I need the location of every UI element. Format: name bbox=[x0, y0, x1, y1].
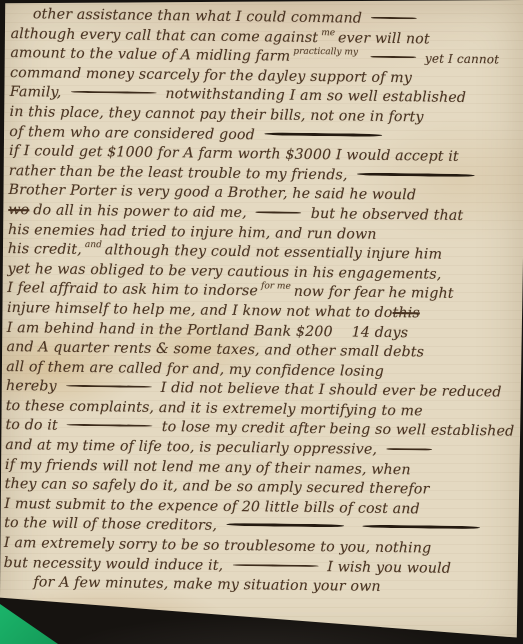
text-segment: amount to the value of A midling farm bbox=[10, 45, 290, 65]
photo-backdrop: other assistance than what I could comma… bbox=[0, 0, 523, 644]
struck-out-text: this bbox=[392, 305, 419, 321]
interlinear-insertion: for me bbox=[261, 283, 291, 292]
text-segment: but he observed that bbox=[311, 206, 464, 224]
text-segment: Brother Porter is very good a Brother, h… bbox=[8, 182, 416, 203]
text-segment: I feel affraid to ask him to indorse bbox=[7, 280, 258, 299]
text-segment: yet he was obliged to be very cautious i… bbox=[7, 261, 441, 283]
interlinear-insertion: me bbox=[321, 29, 335, 38]
text-segment: other assistance than what I could comma… bbox=[33, 6, 362, 26]
text-segment: to do it bbox=[5, 417, 58, 434]
text-segment: Family, bbox=[10, 84, 62, 101]
pen-stroke-dash bbox=[371, 17, 417, 20]
text-segment: I am extremely sorry to be so troublesom… bbox=[4, 535, 432, 557]
text-segment: of them who are considered good bbox=[9, 124, 255, 143]
pen-stroke-dash bbox=[66, 385, 152, 388]
pen-stroke-dash bbox=[256, 211, 302, 214]
text-segment: I did not believe that I should ever be … bbox=[161, 380, 502, 400]
text-segment: now for fear he might bbox=[294, 284, 454, 302]
struck-out-text: wo bbox=[8, 202, 29, 218]
text-segment: command money scarcely for the dayley su… bbox=[10, 65, 412, 86]
text-segment: if my friends will not lend me any of th… bbox=[5, 457, 411, 478]
text-segment: injure himself to help me, and I know no… bbox=[7, 300, 393, 321]
text-segment: although every call that can come agains… bbox=[11, 26, 319, 46]
text-segment: yet I cannot bbox=[425, 52, 499, 67]
text-segment: although they could not essentially inju… bbox=[105, 242, 443, 262]
text-segment: his enemies had tried to injure him, and… bbox=[8, 222, 377, 243]
manuscript-lines: other assistance than what I could comma… bbox=[3, 5, 519, 599]
text-segment: do all in his power to aid me, bbox=[33, 202, 247, 221]
text-segment: and at my time of life too, is peculiarl… bbox=[5, 437, 377, 458]
text-segment: to the will of those creditors, bbox=[4, 515, 217, 534]
text-segment: ever will not bbox=[338, 30, 430, 47]
text-segment: hereby bbox=[6, 378, 57, 395]
text-segment: in this place, they cannot pay their bil… bbox=[9, 104, 423, 125]
text-segment: to these complaints, and it is extremely… bbox=[6, 398, 423, 419]
pen-stroke-dash bbox=[357, 172, 475, 177]
text-segment: rather than be the least trouble to my f… bbox=[9, 163, 348, 183]
text-segment: all of them are called for and, my confi… bbox=[6, 359, 384, 380]
text-segment: but necessity would induce it, bbox=[4, 555, 224, 574]
text-segment: they can so safely do it, and be so ampl… bbox=[5, 476, 430, 498]
green-corner-fragment bbox=[0, 604, 58, 644]
pen-stroke-dash bbox=[226, 523, 344, 528]
pen-stroke-dash bbox=[386, 448, 432, 451]
text-segment: to lose my credit after being so well es… bbox=[162, 419, 515, 440]
pen-stroke-dash bbox=[264, 132, 382, 137]
interlinear-insertion: practically my bbox=[293, 48, 358, 58]
pen-stroke-dash bbox=[232, 564, 318, 567]
text-segment: for A few minutes, make my situation you… bbox=[33, 575, 380, 596]
text-segment: if I could get $1000 for A farm worth $3… bbox=[9, 143, 459, 165]
interlinear-insertion: and bbox=[85, 241, 102, 250]
pen-stroke-dash bbox=[70, 91, 156, 94]
text-segment: I must submit to the expence of 20 littl… bbox=[4, 496, 420, 517]
text-segment: his credit, bbox=[8, 241, 82, 258]
pen-stroke-dash bbox=[370, 56, 416, 59]
text-segment: and A quarter rents & some taxes, and ot… bbox=[6, 339, 424, 360]
pen-stroke-dash bbox=[362, 525, 480, 530]
pen-stroke-dash bbox=[67, 424, 153, 427]
text-segment: notwithstanding I am so well established bbox=[165, 86, 466, 106]
text-segment: I wish you would bbox=[327, 559, 451, 577]
letter-page: other assistance than what I could comma… bbox=[0, 0, 523, 644]
text-segment: I am behind hand in the Portland Bank $2… bbox=[7, 319, 409, 340]
